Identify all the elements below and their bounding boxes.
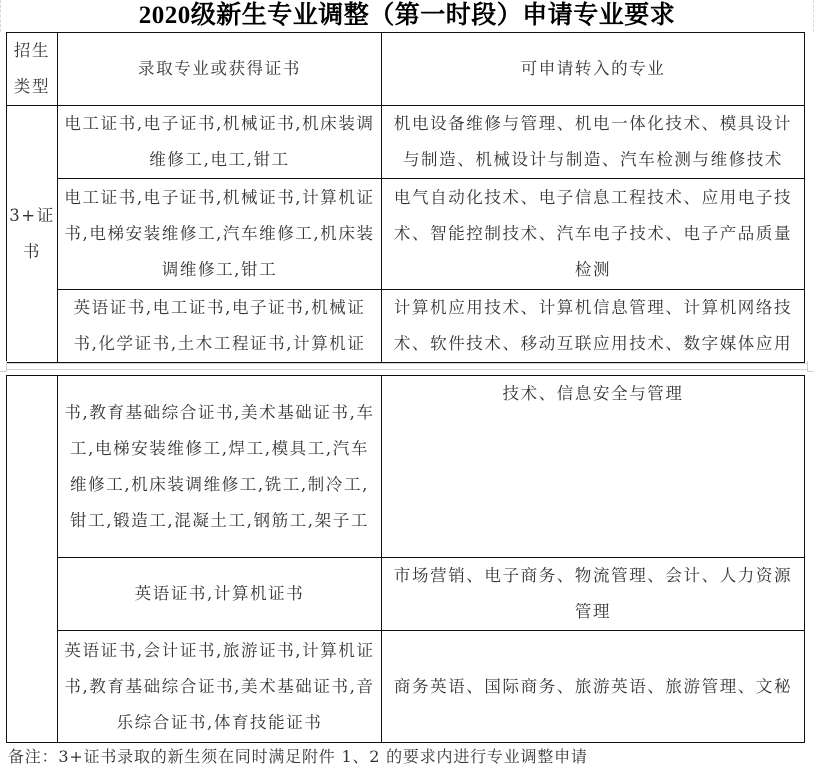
transferable-cell: 市场营销、电子商务、物流管理、会计、人力资源管理 — [382, 558, 805, 631]
admitted-cell: 电工证书,电子证书,机械证书,计算机证书,电梯安装维修工,汽车维修工,机床装调维… — [58, 179, 382, 290]
table-row: 英语证书,计算机证书 市场营销、电子商务、物流管理、会计、人力资源管理 — [7, 558, 805, 631]
transferable-cell: 机电设备维修与管理、机电一体化技术、模具设计与制造、机械设计与制造、汽车检测与维… — [382, 106, 805, 179]
requirements-table-page-2: 书,教育基础综合证书,美术基础证书,车工,电梯安装维修工,焊工,模具工,汽车维修… — [6, 375, 805, 743]
table-row: 电工证书,电子证书,机械证书,计算机证书,电梯安装维修工,汽车维修工,机床装调维… — [7, 179, 805, 290]
requirements-table-page-1: 招生类型 录取专业或获得证书 可申请转入的专业 3+证书 电工证书,电子证书,机… — [6, 32, 805, 363]
document-title: 2020级新生专业调整（第一时段）申请专业要求 — [0, 0, 814, 32]
transferable-cell: 商务英语、国际商务、旅游英语、旅游管理、文秘 — [382, 631, 805, 743]
page-break-marker-right — [807, 361, 814, 372]
admitted-cell: 英语证书,电工证书,电子证书,机械证书,化学证书,土木工程证书,计算机证 — [58, 290, 382, 363]
header-admitted-major-or-certificate: 录取专业或获得证书 — [58, 33, 382, 106]
admitted-cell: 书,教育基础综合证书,美术基础证书,车工,电梯安装维修工,焊工,模具工,汽车维修… — [58, 376, 382, 558]
admitted-cell: 电工证书,电子证书,机械证书,机床装调维修工,电工,钳工 — [58, 106, 382, 179]
footnote: 备注：3+证书录取的新生须在同时满足附件 1、2 的要求内进行专业调整申请 — [8, 744, 588, 769]
transferable-cell: 计算机应用技术、计算机信息管理、计算机网络技术、软件技术、移动互联应用技术、数字… — [382, 290, 805, 363]
table-header-row: 招生类型 录取专业或获得证书 可申请转入的专业 — [7, 33, 805, 106]
admitted-cell: 英语证书,会计证书,旅游证书,计算机证书,教育基础综合证书,美术基础证书,音乐综… — [58, 631, 382, 743]
enrollment-type-cell: 3+证书 — [7, 106, 58, 363]
transferable-cell: 技术、信息安全与管理 — [382, 376, 805, 558]
table-row: 书,教育基础综合证书,美术基础证书,车工,电梯安装维修工,焊工,模具工,汽车维修… — [7, 376, 805, 558]
enrollment-type-cell-continued — [7, 376, 58, 743]
admitted-cell: 英语证书,计算机证书 — [58, 558, 382, 631]
transferable-cell: 电气自动化技术、电子信息工程技术、应用电子技术、智能控制技术、汽车电子技术、电子… — [382, 179, 805, 290]
page-break-line — [6, 369, 808, 370]
table-row: 3+证书 电工证书,电子证书,机械证书,机床装调维修工,电工,钳工 机电设备维修… — [7, 106, 805, 179]
header-transferable-majors: 可申请转入的专业 — [382, 33, 805, 106]
page-break-line — [6, 363, 808, 364]
header-enrollment-type: 招生类型 — [7, 33, 58, 106]
page-break — [0, 361, 814, 373]
table-row: 英语证书,会计证书,旅游证书,计算机证书,教育基础综合证书,美术基础证书,音乐综… — [7, 631, 805, 743]
table-row: 英语证书,电工证书,电子证书,机械证书,化学证书,土木工程证书,计算机证 计算机… — [7, 290, 805, 363]
